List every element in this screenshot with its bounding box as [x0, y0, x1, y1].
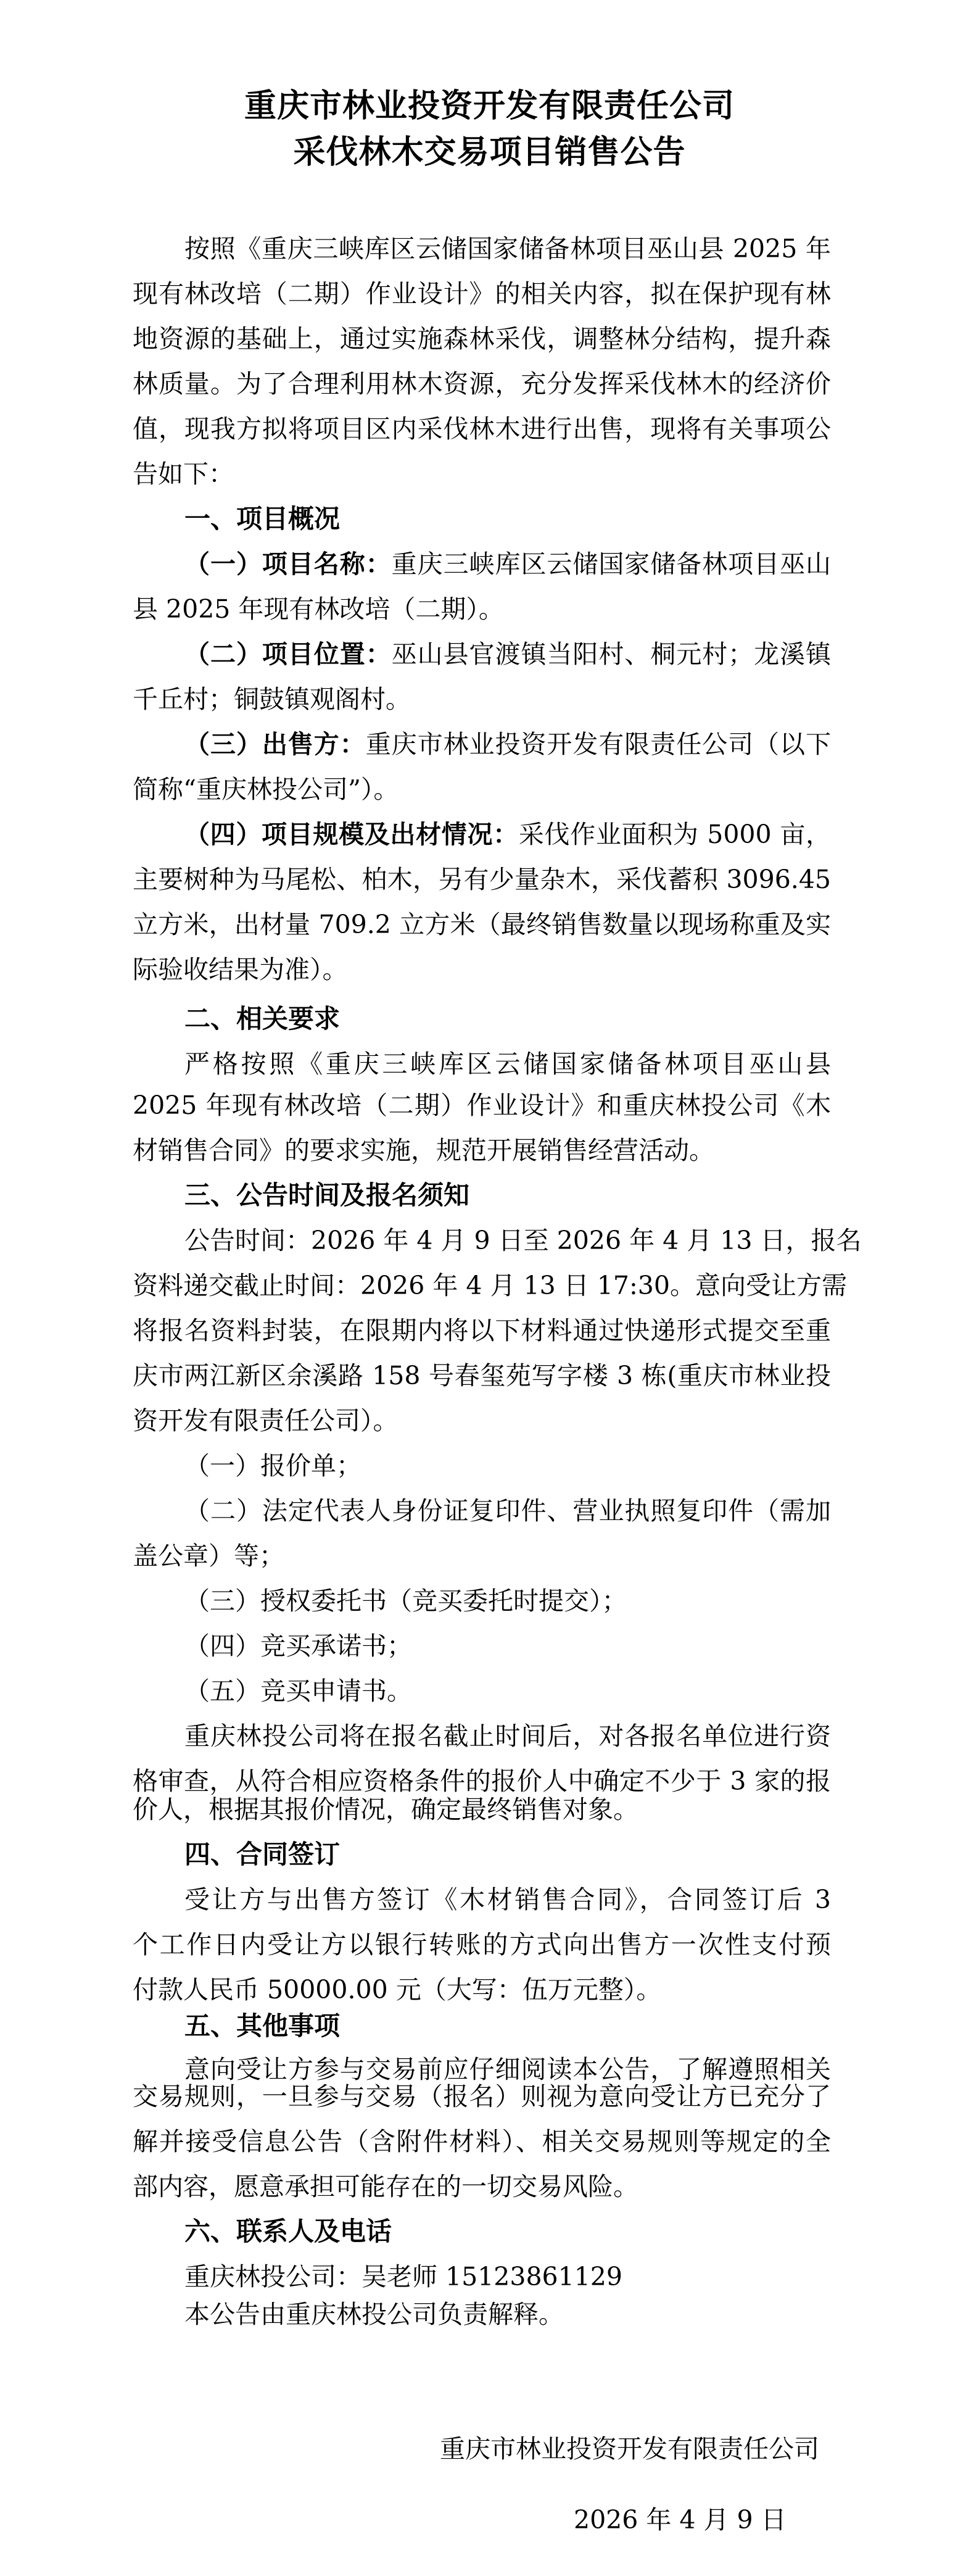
intro-line: 林质量。为了合理利用林木资源，充分发挥采伐林木的经济价 [133, 368, 831, 399]
seller-line: 简称“重庆林投公司”）。 [133, 774, 831, 805]
intro-line: 按照《重庆三峡库区云储国家储备林项目巫山县 2025 年 [184, 233, 831, 264]
contract-line: 受让方与出售方签订《木材销售合同》，合同签订后 3 [184, 1884, 831, 1915]
section-heading-requirements: 二、相关要求 [184, 1003, 340, 1034]
project-name-line: （一）项目名称：重庆三峡库区云储国家储备林项目巫山 [184, 549, 831, 580]
signature-company: 重庆市林业投资开发有限责任公司 [440, 2433, 819, 2464]
notice-line: 资料递交截止时间：2026 年 4 月 13 日 17:30。意向受让方需 [133, 1270, 831, 1301]
material-item: （三）授权委托书（竞买委托时提交）； [184, 1585, 831, 1616]
intro-line: 现有林改培（二期）作业设计》的相关内容，拟在保护现有林 [133, 278, 831, 309]
item-label: （四）项目规模及出材情况： [184, 820, 519, 849]
closing-line: 本公告由重庆林投公司负责解释。 [184, 2299, 831, 2330]
other-matters-line: 意向受让方参与交易前应仔细阅读本公告，了解遵照相关 [184, 2054, 831, 2085]
item-text: 重庆三峡库区云储国家储备林项目巫山 [392, 549, 831, 579]
notice-line: 资开发有限责任公司）。 [133, 1405, 831, 1436]
material-item: （四）竞买承诺书； [184, 1631, 831, 1661]
item-label: （三）出售方： [184, 729, 366, 759]
material-item: （二）法定代表人身份证复印件、营业执照复印件（需加 [184, 1495, 831, 1526]
intro-line: 值，现我方拟将项目区内采伐林木进行出售，现将有关事项公 [133, 413, 831, 444]
project-name-line: 县 2025 年现有林改培（二期）。 [133, 594, 831, 625]
document-title-line-2: 采伐林木交易项目销售公告 [0, 134, 979, 171]
signature-date: 2026 年 4 月 9 日 [574, 2504, 787, 2535]
material-item: （一）报价单； [184, 1450, 831, 1481]
item-label: （二）项目位置： [184, 639, 392, 669]
document-title-line-1: 重庆市林业投资开发有限责任公司 [0, 88, 979, 125]
project-scale-line: 际验收结果为准）。 [133, 954, 831, 985]
review-line: 重庆林投公司将在报名截止时间后，对各报名单位进行资 [184, 1721, 831, 1751]
project-scale-line: （四）项目规模及出材情况：采伐作业面积为 5000 亩， [184, 819, 831, 850]
contract-line: 个工作日内受让方以银行转账的方式向出售方一次性支付预 [133, 1929, 831, 1960]
contract-line: 付款人民币 50000.00 元（大写：伍万元整）。 [133, 1974, 831, 2005]
other-matters-line: 交易规则，一旦参与交易（报名）则视为意向受让方已充分了 [133, 2081, 831, 2112]
notice-line: 将报名资料封装，在限期内将以下材料通过快递形式提交至重 [133, 1315, 831, 1346]
intro-line: 地资源的基础上，通过实施森林采伐，调整林分结构，提升森 [133, 323, 831, 354]
requirements-line: 2025 年现有林改培（二期）作业设计》和重庆林投公司《木 [133, 1090, 831, 1121]
review-line: 格审查，从符合相应资格条件的报价人中确定不少于 3 家的报 [133, 1766, 831, 1797]
item-text: 巫山县官渡镇当阳村、桐元村；龙溪镇 [392, 639, 831, 669]
project-scale-line: 主要树种为马尾松、柏木，另有少量杂木，采伐蓄积 3096.45 [133, 864, 831, 895]
project-location-line: 千丘村；铜鼓镇观阁村。 [133, 684, 831, 715]
notice-line: 公告时间：2026 年 4 月 9 日至 2026 年 4 月 13 日，报名 [184, 1225, 831, 1256]
other-matters-line: 解并接受信息公告（含附件材料）、相关交易规则等规定的全 [133, 2126, 831, 2157]
section-heading-contract: 四、合同签订 [184, 1839, 340, 1870]
item-text: 重庆市林业投资开发有限责任公司（以下 [366, 729, 831, 759]
seller-line: （三）出售方：重庆市林业投资开发有限责任公司（以下 [184, 729, 831, 760]
other-matters-line: 部内容，愿意承担可能存在的一切交易风险。 [133, 2171, 831, 2202]
item-text: 采伐作业面积为 5000 亩， [519, 820, 831, 849]
section-heading-notice-period: 三、公告时间及报名须知 [184, 1180, 469, 1211]
material-item: 盖公章）等； [133, 1540, 831, 1571]
review-line: 价人，根据其报价情况，确定最终销售对象。 [133, 1794, 831, 1825]
announcement-page: 重庆市林业投资开发有限责任公司 采伐林木交易项目销售公告 按照《重庆三峡库区云储… [0, 0, 979, 2576]
requirements-line: 严格按照《重庆三峡库区云储国家储备林项目巫山县 [184, 1049, 831, 1079]
item-label: （一）项目名称： [184, 549, 392, 579]
intro-line: 告如下： [133, 459, 831, 489]
contact-line: 重庆林投公司：吴老师 15123861129 [184, 2261, 831, 2292]
project-scale-line: 立方米，出材量 709.2 立方米（最终销售数量以现场称重及实 [133, 909, 831, 940]
project-location-line: （二）项目位置：巫山县官渡镇当阳村、桐元村；龙溪镇 [184, 639, 831, 670]
notice-line: 庆市两江新区余溪路 158 号春玺苑写字楼 3 栋(重庆市林业投 [133, 1360, 831, 1391]
material-item: （五）竞买申请书。 [184, 1676, 831, 1706]
section-heading-contact: 六、联系人及电话 [184, 2216, 392, 2247]
section-heading-project-overview: 一、项目概况 [184, 504, 340, 534]
section-heading-other-matters: 五、其他事项 [184, 2011, 340, 2042]
requirements-line: 材销售合同》的要求实施，规范开展销售经营活动。 [133, 1135, 831, 1166]
